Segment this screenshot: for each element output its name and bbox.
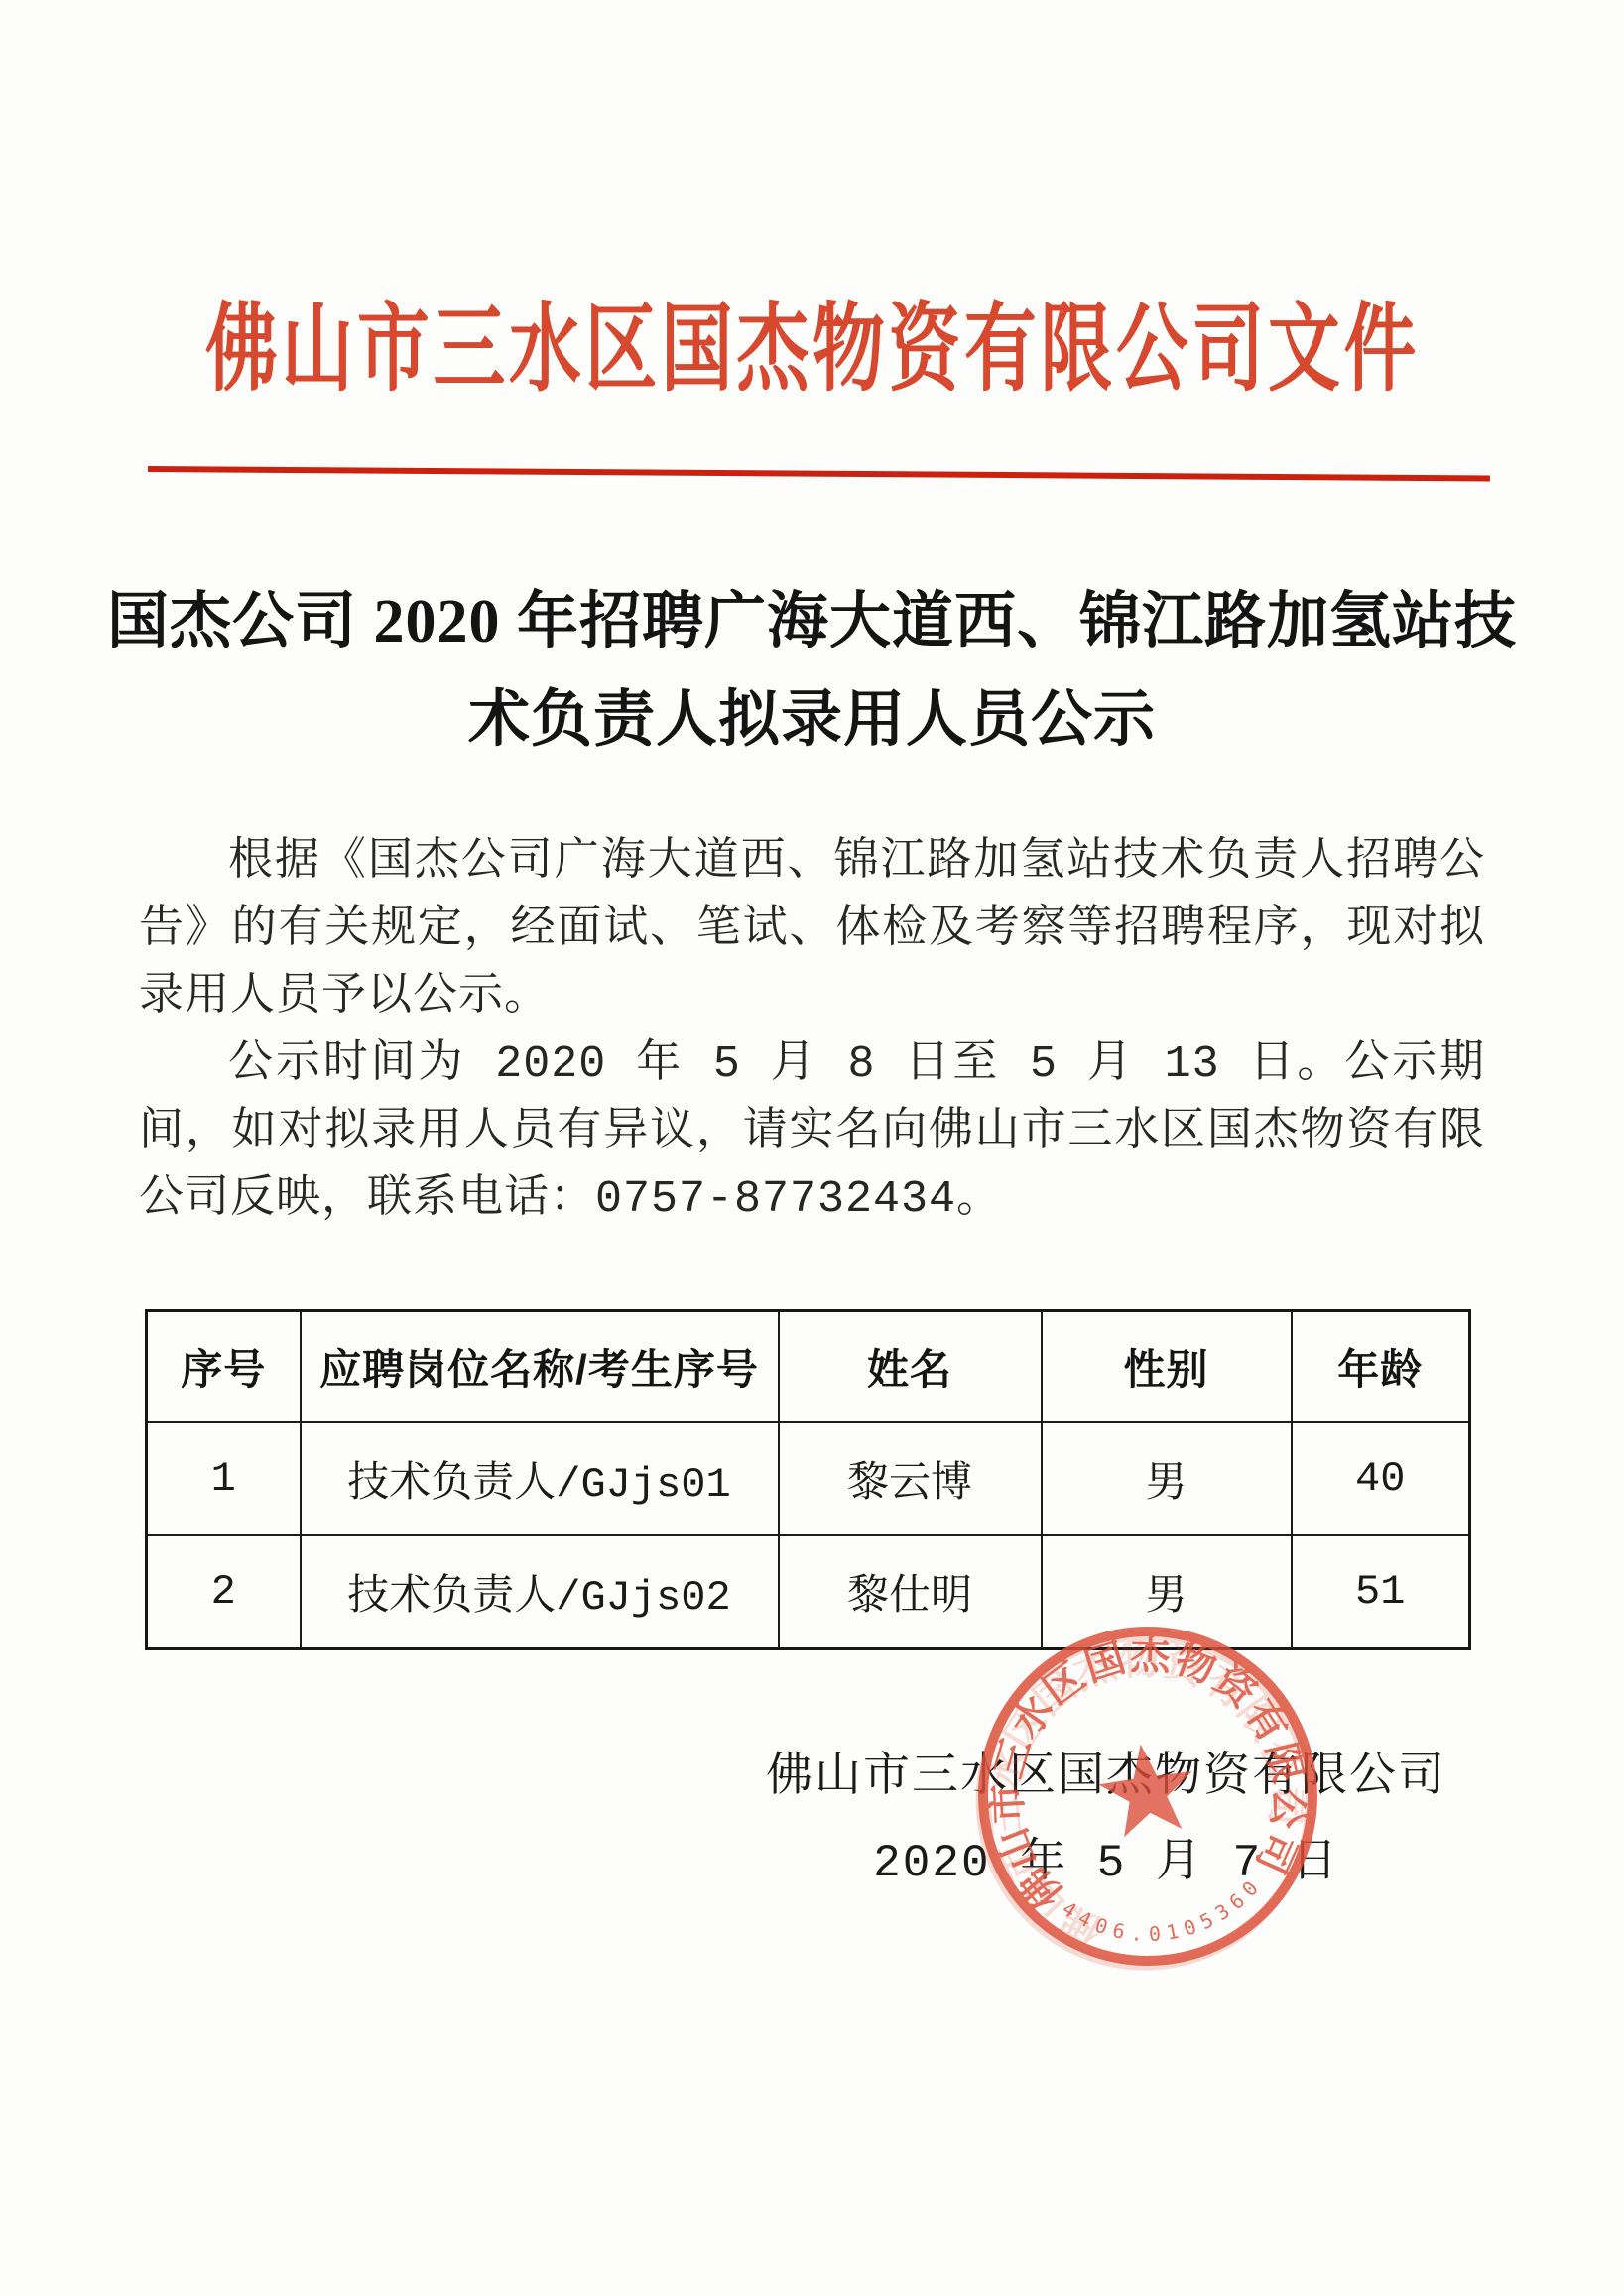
- company-seal-stamp: 佛山市三水区国杰物资有限公司 佛山市三水区国杰物资有限公司 4406.01053…: [944, 1593, 1351, 1999]
- seal-star: [1094, 1738, 1200, 1840]
- letterhead-title: 佛山市三水区国杰物资有限公司文件: [205, 292, 1420, 407]
- cell-name: 黎云博: [779, 1422, 1042, 1535]
- seal-main-impression: 佛山市三水区国杰物资有限公司 4406.0105360: [962, 1611, 1334, 1983]
- cell-serial: 2: [147, 1535, 301, 1649]
- scanned-official-document: 佛山市三水区国杰物资有限公司文件 国杰公司 2020 年招聘广海大道西、锦江路加…: [0, 0, 1624, 2296]
- document-title-line-1: 国杰公司 2020 年招聘广海大道西、锦江路加氢站技: [60, 573, 1564, 671]
- paragraph-basis: 根据《国杰公司广海大道西、锦江路加氢站技术负责人招聘公告》的有关规定，经面试、笔…: [139, 829, 1485, 1031]
- table-row: 1 技术负责人/GJjs01 黎云博 男 40: [147, 1422, 1470, 1535]
- cell-position: 技术负责人/GJjs01: [301, 1422, 779, 1535]
- header-age: 年龄: [1292, 1311, 1470, 1423]
- cell-gender: 男: [1042, 1422, 1292, 1535]
- header-position-candidate-no: 应聘岗位名称/考生序号: [301, 1311, 779, 1423]
- cell-age: 40: [1292, 1422, 1470, 1535]
- letterhead: 佛山市三水区国杰物资有限公司文件: [0, 292, 1624, 407]
- paragraph-publicity-period: 公示时间为 2020 年 5 月 8 日至 5 月 13 日。公示期间，如对拟录…: [139, 1031, 1485, 1234]
- cell-position: 技术负责人/GJjs02: [301, 1535, 779, 1649]
- header-serial-number: 序号: [147, 1311, 301, 1423]
- body-paragraphs: 根据《国杰公司广海大道西、锦江路加氢站技术负责人招聘公告》的有关规定，经面试、笔…: [139, 829, 1485, 1234]
- cell-serial: 1: [147, 1422, 301, 1535]
- header-name: 姓名: [779, 1311, 1042, 1423]
- document-title-line-2: 术负责人拟录用人员公示: [60, 671, 1564, 770]
- letterhead-divider-rule: [148, 466, 1490, 481]
- document-title: 国杰公司 2020 年招聘广海大道西、锦江路加氢站技 术负责人拟录用人员公示: [60, 573, 1564, 770]
- table-header-row: 序号 应聘岗位名称/考生序号 姓名 性别 年龄: [147, 1311, 1470, 1423]
- header-gender: 性别: [1042, 1311, 1292, 1423]
